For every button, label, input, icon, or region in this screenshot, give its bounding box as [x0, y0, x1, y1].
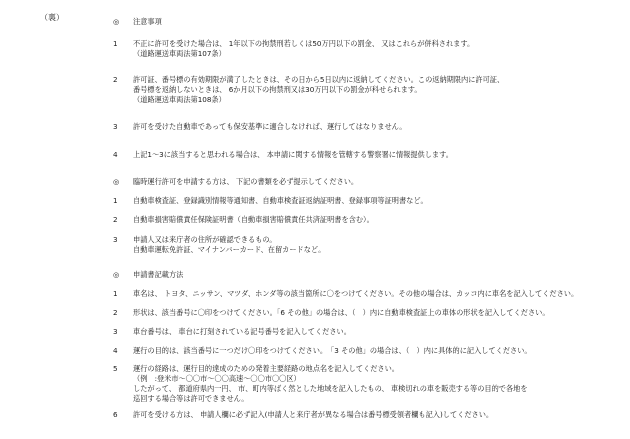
item-number: 2 — [113, 215, 132, 225]
section-heading-notes: ◎注意事項 — [113, 17, 162, 27]
item-number: 4 — [113, 150, 132, 160]
list-item: 3 車台番号は、 車台に打刻されている記号番号を記入してください。 — [113, 327, 132, 337]
double-circle-icon: ◎ — [113, 17, 133, 27]
item-text: 自動車損害賠償責任保険証明書（自動車損害賠償責任共済証明書を含む）。 — [133, 215, 374, 225]
item-text: 車台番号は、 車台に打刻されている記号番号を記入してください。 — [133, 327, 351, 337]
item-text: 許可を受ける方は、 申請人欄に必ず記入(申請人と来庁者が異なる場合は番号標受領者… — [133, 410, 493, 420]
item-text: 巡回する場合等は許可できません。 — [133, 394, 528, 404]
item-number: 6 — [113, 410, 132, 420]
item-text: 運行の経路は、運行目的達成のための発着主要経路の地点名を記入してください。 — [133, 364, 528, 374]
section-title: 臨時運行許可を申請する方は、 下記の書類を必ず提示してください。 — [133, 177, 358, 186]
list-item: 1 車名は、 トヨタ、ニッサン、マツダ、ホンダ等の該当箇所に〇をつけてください。… — [113, 289, 132, 299]
double-circle-icon: ◎ — [113, 177, 133, 187]
item-number: 2 — [113, 308, 132, 318]
section-title: 注意事項 — [133, 17, 162, 26]
list-item: 4 運行の目的は、該当番号に一つだけ〇印をつけてください。 「3 その他」の場合… — [113, 346, 132, 356]
item-text: （道路運送車両法第108条） — [133, 95, 504, 105]
item-number: 2 — [113, 75, 132, 85]
list-item: 1 不正に許可を受けた場合は、 1年以下の拘禁刑若しくは50万円以下の罰金、 又… — [113, 39, 132, 49]
item-number: 3 — [113, 327, 132, 337]
list-item: 2 形状は、該当番号に〇印をつけてください。「6 その他」の場合は、（ ）内に自… — [113, 308, 132, 318]
item-text: 不正に許可を受けた場合は、 1年以下の拘禁刑若しくは50万円以下の罰金、 又はこ… — [133, 39, 474, 49]
item-text: 自動車運転免許証、マイナンバーカード、在留カードなど。 — [133, 245, 325, 255]
item-number: 3 — [113, 235, 132, 245]
item-text: 許可を受けた自動車であっても保安基準に適合しなければ、運行してはなりません。 — [133, 122, 407, 132]
page-side-label: （裏） — [40, 13, 64, 23]
item-number: 3 — [113, 122, 132, 132]
list-item: 6 許可を受ける方は、 申請人欄に必ず記入(申請人と来庁者が異なる場合は番号標受… — [113, 410, 132, 420]
item-text: 上記1～3に該当すると思われる場合は、 本申請に関する情報を管轄する警察署に情報… — [133, 150, 453, 160]
list-item: 2 自動車損害賠償責任保険証明書（自動車損害賠償責任共済証明書を含む）。 — [113, 215, 132, 225]
section-heading-required-documents: ◎臨時運行許可を申請する方は、 下記の書類を必ず提示してください。 — [113, 177, 358, 187]
list-item: 4 上記1～3に該当すると思われる場合は、 本申請に関する情報を管轄する警察署に… — [113, 150, 132, 160]
item-text: （道路運送車両法第107条） — [133, 49, 474, 59]
item-text: 番号標を返納しないときは、 6か月以下の拘禁刑又は30万円以下の罰金が科せられま… — [133, 85, 504, 95]
item-text: 車名は、 トヨタ、ニッサン、マツダ、ホンダ等の該当箇所に〇をつけてください。その… — [133, 289, 578, 299]
item-number: 1 — [113, 196, 132, 206]
double-circle-icon: ◎ — [113, 270, 133, 280]
list-item: 5 運行の経路は、運行目的達成のための発着主要経路の地点名を記入してください。 … — [113, 364, 132, 374]
list-item: 3 申請人又は来庁者の住所が確認できるもの。 自動車運転免許証、マイナンバーカー… — [113, 235, 132, 245]
item-number: 1 — [113, 39, 132, 49]
section-title: 申請書記載方法 — [133, 270, 183, 279]
item-text: 自動車検査証、登録識別情報等通知書、自動車検査証返納証明書、登録事項等証明書など… — [133, 196, 428, 206]
list-item: 1 自動車検査証、登録識別情報等通知書、自動車検査証返納証明書、登録事項等証明書… — [113, 196, 132, 206]
item-number: 4 — [113, 346, 132, 356]
item-text: 運行の目的は、該当番号に一つだけ〇印をつけてください。 「3 その他」の場合は、… — [133, 346, 532, 356]
item-number: 5 — [113, 364, 132, 374]
list-item: 3 許可を受けた自動車であっても保安基準に適合しなければ、運行してはなりません。 — [113, 122, 132, 132]
item-text: 許可証、番号標の有効期限が満了したときは、その日から5日以内に返納してください。… — [133, 75, 504, 85]
item-text: 形状は、該当番号に〇印をつけてください。「6 その他」の場合は、（ ）内に自動車… — [133, 308, 550, 318]
list-item: 2 許可証、番号標の有効期限が満了したときは、その日から5日以内に返納してくださ… — [113, 75, 132, 85]
item-text: （例 :登米市～〇〇市～〇〇高速～〇〇市〇〇区） — [133, 374, 528, 384]
item-text: したがって、 都道府県内一円、 市、町内等ばく然とした地域を記入したもの、 車検… — [133, 384, 528, 394]
section-heading-how-to-fill: ◎申請書記載方法 — [113, 270, 183, 280]
item-number: 1 — [113, 289, 132, 299]
item-text: 申請人又は来庁者の住所が確認できるもの。 — [133, 235, 325, 245]
